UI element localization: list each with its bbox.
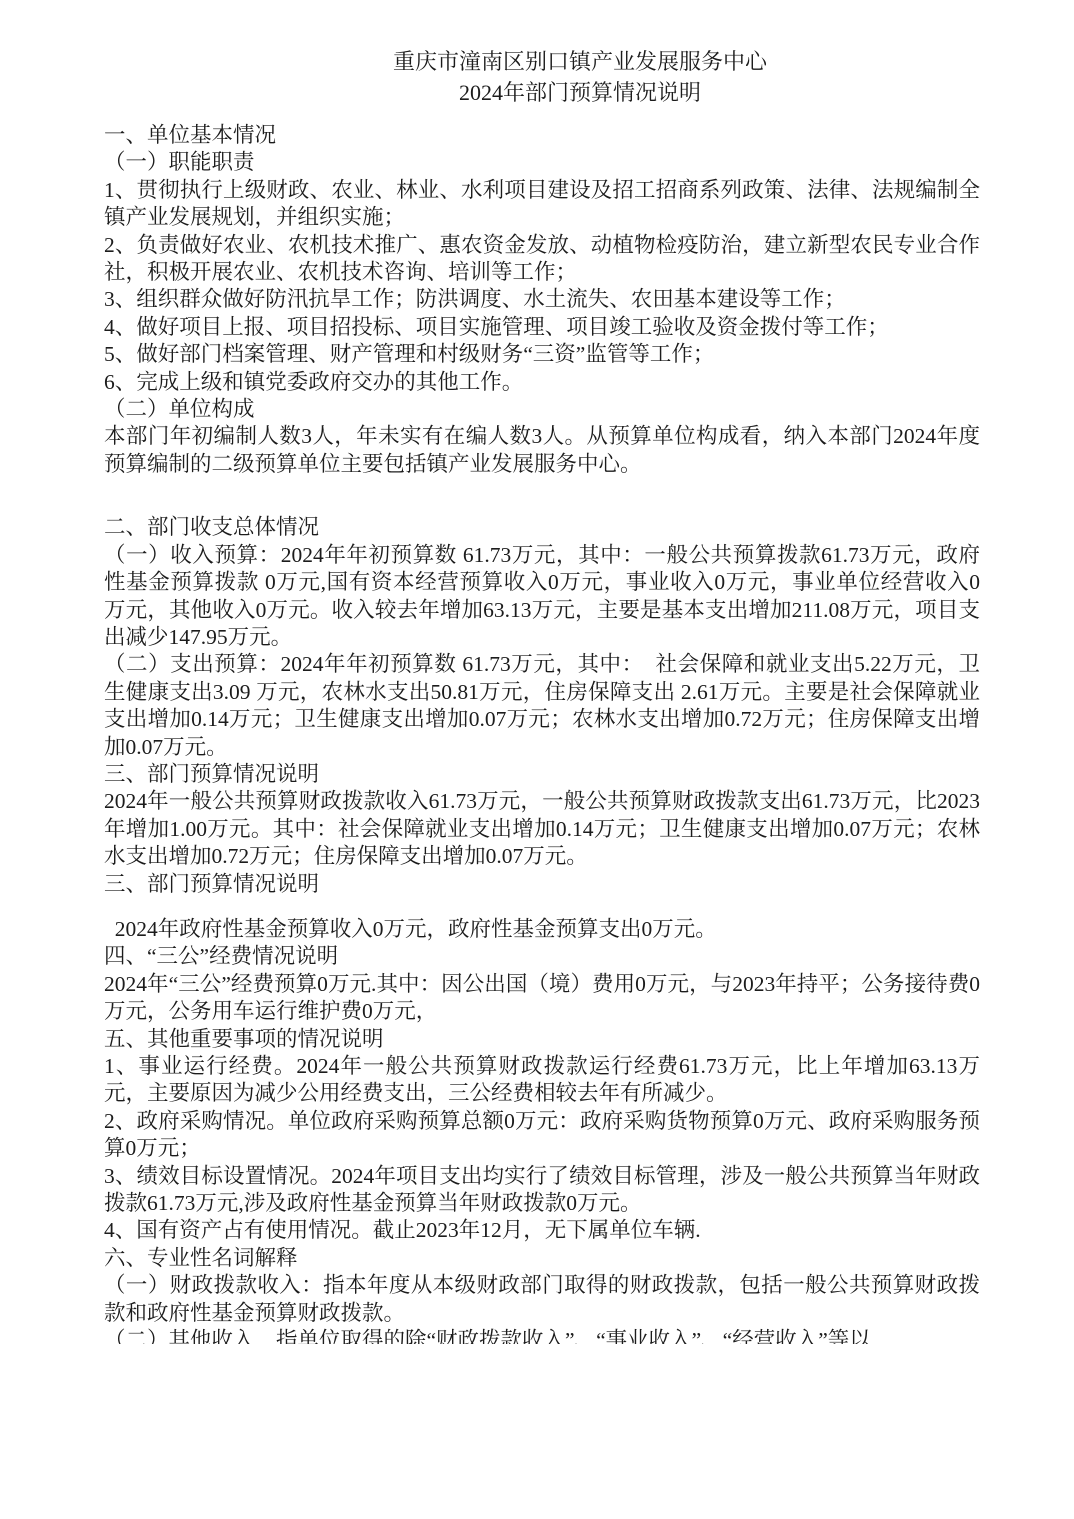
- paragraph: 4、做好项目上报、项目招投标、项目实施管理、项目竣工验收及资金拨付等工作；: [104, 314, 980, 341]
- paragraph: 2、政府采购情况。单位政府采购预算总额0万元：政府采购货物预算0万元、政府采购服…: [104, 1108, 980, 1163]
- paragraph: 2024年“三公”经费预算0万元.其中：因公出国（境）费用0万元，与2023年持…: [104, 971, 980, 1026]
- document-page: 重庆市潼南区别口镇产业发展服务中心 2024年部门预算情况说明 一、单位基本情况…: [0, 0, 1074, 1519]
- document-subtitle: 2024年部门预算情况说明: [142, 77, 1018, 108]
- paragraph: 2、负责做好农业、农机技术推广、惠农资金发放、动植物检疫防治，建立新型农民专业合…: [104, 232, 980, 287]
- document-title: 重庆市潼南区别口镇产业发展服务中心: [142, 46, 1018, 77]
- document-body: 一、单位基本情况（一）职能职责1、贯彻执行上级财政、农业、林业、水利项目建设及招…: [104, 122, 980, 1344]
- paragraph: （二）其他收入，指单位取得的除“财政拨款收入”、“事业收入”、“经营收入”等以: [104, 1327, 980, 1344]
- paragraph: 四、“三公”经费情况说明: [104, 943, 980, 970]
- paragraph: 3、组织群众做好防汛抗旱工作；防洪调度、水土流失、农田基本建设等工作；: [104, 286, 980, 313]
- paragraph: 2024年一般公共预算财政拨款收入61.73万元，一般公共预算财政拨款支出61.…: [104, 788, 980, 870]
- document-header: 重庆市潼南区别口镇产业发展服务中心 2024年部门预算情况说明: [142, 46, 1018, 108]
- paragraph: 3、绩效目标设置情况。2024年项目支出均实行了绩效目标管理，涉及一般公共预算当…: [104, 1163, 980, 1218]
- paragraph: 三、部门预算情况说明: [104, 761, 980, 788]
- paragraph: 三、部门预算情况说明: [104, 871, 980, 898]
- paragraph: （一）财政拨款收入：指本年度从本级财政部门取得的财政拨款，包括一般公共预算财政拨…: [104, 1272, 980, 1327]
- paragraph: 1、事业运行经费。2024年一般公共预算财政拨款运行经费61.73万元，比上年增…: [104, 1053, 980, 1108]
- paragraph: 二、部门收支总体情况: [104, 514, 980, 541]
- paragraph: 4、国有资产占有使用情况。截止2023年12月，无下属单位车辆.: [104, 1217, 980, 1244]
- paragraph: 6、完成上级和镇党委政府交办的其他工作。: [104, 369, 980, 396]
- paragraph: 5、做好部门档案管理、财产管理和村级财务“三资”监管等工作；: [104, 341, 980, 368]
- paragraph: （二）单位构成: [104, 396, 980, 423]
- paragraph: 1、贯彻执行上级财政、农业、林业、水利项目建设及招工招商系列政策、法律、法规编制…: [104, 177, 980, 232]
- paragraph: （二）支出预算：2024年年初预算数 61.73万元，其中： 社会保障和就业支出…: [104, 651, 980, 761]
- paragraph: 五、其他重要事项的情况说明: [104, 1026, 980, 1053]
- paragraph: （一）职能职责: [104, 149, 980, 176]
- paragraph: （一）收入预算：2024年年初预算数 61.73万元，其中：一般公共预算拨款61…: [104, 542, 980, 652]
- paragraph: 2024年政府性基金预算收入0万元，政府性基金预算支出0万元。: [104, 916, 980, 943]
- paragraph: 本部门年初编制人数3人，年未实有在编人数3人。从预算单位构成看，纳入本部门202…: [104, 423, 980, 478]
- paragraph: 六、专业性名词解释: [104, 1245, 980, 1272]
- paragraph: 一、单位基本情况: [104, 122, 980, 149]
